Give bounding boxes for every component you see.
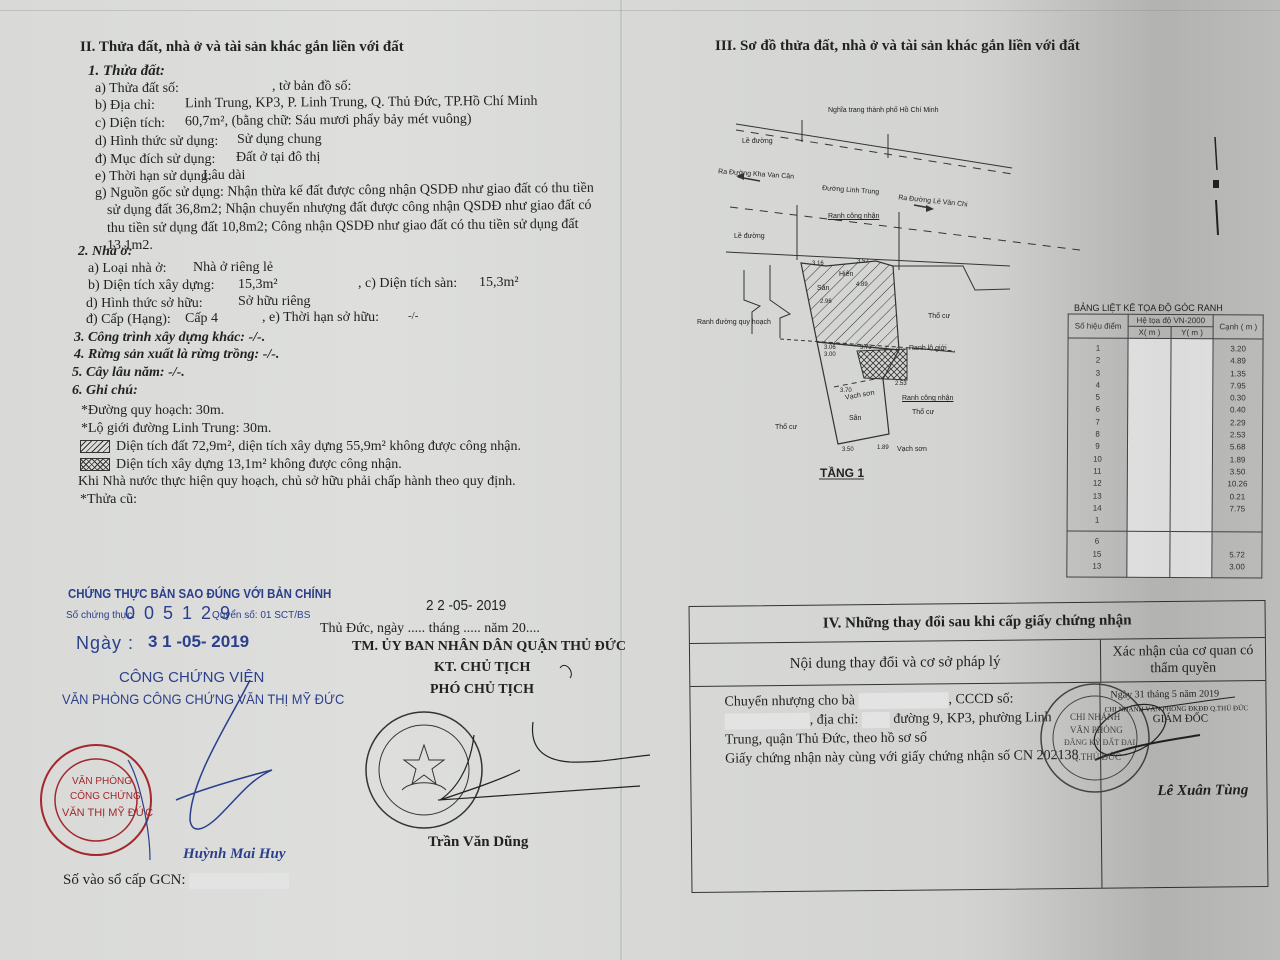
edge-length: 1.35 — [1216, 368, 1261, 381]
note-hatch-cross: Diện tích xây dựng 13,1m² không được côn… — [80, 456, 402, 474]
forest: 4. Rừng sản xuất là rừng trồng: -/-. — [74, 346, 279, 364]
point-number: 9 — [1070, 441, 1125, 454]
floor-area-value: 15,3m² — [479, 274, 519, 292]
col-content-header: Nội dung thay đổi và cơ sở pháp lý — [690, 640, 1101, 686]
build-area-label: b) Diện tích xây dựng: — [88, 277, 215, 295]
redacted-gcn-number — [189, 873, 289, 889]
authority-stamped-date: 2 2 -05- 2019 — [426, 597, 506, 615]
note-planned-road: *Đường quy hoạch: 30m. — [81, 402, 224, 420]
col-point-header: Số hiệu điểm — [1068, 314, 1128, 338]
label-planned-boundary: Ranh đường quy hoạch — [697, 314, 771, 332]
point-number: 1 — [1070, 515, 1125, 528]
y-values-redacted-2 — [1169, 532, 1212, 578]
label-residential-right-lower: Thổ cư — [912, 404, 934, 422]
confirm-signer: Lê Xuân Tùng — [1157, 781, 1248, 800]
perennial: 5. Cây lâu năm: -/-. — [72, 364, 185, 382]
edge-length: 2.29 — [1215, 417, 1260, 430]
notary-date: 3 1 -05- 2019 — [148, 633, 249, 651]
use-form-value: Sử dụng chung — [237, 131, 322, 149]
change-line1-b: , CCCD số: — [948, 692, 1013, 708]
edge-length: 5.68 — [1215, 442, 1260, 455]
dim-3-00: 3.00 — [824, 346, 836, 364]
col-edge-header: Cạnh ( m ) — [1213, 315, 1263, 339]
address-label: b) Địa chỉ: — [95, 97, 155, 115]
note-planning: Khi Nhà nước thực hiện quy hoạch, chủ sở… — [78, 473, 516, 491]
gcn-register-label: Số vào sổ cấp GCN: — [63, 871, 289, 889]
edge-length: 5.72 — [1215, 549, 1260, 562]
authority-org: TM. ỦY BAN NHÂN DÂN QUẬN THỦ ĐỨC — [352, 638, 626, 656]
note-hatch-cross-text: Diện tích xây dựng 13,1m² không được côn… — [116, 457, 402, 472]
point-number: 10 — [1070, 453, 1125, 466]
label-residential-left: Thổ cư — [775, 419, 797, 437]
y-values-redacted — [1170, 339, 1214, 533]
dim-2-96: 2.96 — [820, 293, 832, 311]
own-term-label: , e) Thời hạn sở hữu: — [262, 309, 379, 327]
area-value: 60,7m², (bằng chữ: Sáu mươi phẩy bảy mét… — [185, 111, 472, 131]
edge-length: 0.40 — [1215, 405, 1260, 418]
authority-place-date: Thủ Đức, ngày ..... tháng ..... năm 20..… — [320, 620, 540, 638]
section4-table: IV. Những thay đổi sau khi cấp giấy chứn… — [689, 600, 1269, 893]
use-form-label: d) Hình thức sử dụng: — [95, 133, 218, 151]
change-line1-a: Chuyển nhượng cho bà — [724, 693, 855, 709]
point-number: 8 — [1070, 429, 1125, 442]
edge-length — [1215, 537, 1260, 550]
label-street: Đường Linh Trung — [821, 180, 879, 202]
dim-4-89: 4.89 — [856, 276, 868, 294]
point-number: 1 — [1070, 343, 1125, 356]
term-value: Lâu dài — [203, 167, 245, 185]
redacted-name — [858, 692, 948, 709]
paper-top-edge — [0, 10, 1280, 11]
label-to-le-van-chi: Ra Đường Lê Văn Chi — [897, 189, 968, 214]
parcel-no-label: a) Thửa đất số: — [95, 80, 179, 98]
redacted-id — [725, 713, 810, 730]
col-system-header: Hệ tọa độ VN-2000 — [1128, 314, 1213, 326]
change-content: Chuyển nhượng cho bà , CCCD số: , địa ch… — [690, 683, 1102, 892]
notary-signer: Huỳnh Mai Huy — [183, 845, 286, 863]
point-number: 6 — [1070, 404, 1125, 417]
purpose-label: đ) Mục đích sử dụng: — [95, 151, 215, 169]
notary-book-no: Quyển số: 01 SCT/BS — [212, 607, 310, 625]
edge-length: 10.26 — [1215, 479, 1260, 492]
confirm-role: GIÁM ĐỐC — [1153, 710, 1208, 729]
note-old-parcel: *Thửa cũ: — [80, 491, 137, 509]
label-residential-right: Thổ cư — [928, 308, 950, 326]
edge-length: 3.00 — [1215, 561, 1260, 574]
dim-2-53: 2.53 — [895, 375, 907, 393]
authority-vice: PHÓ CHỦ TỊCH — [430, 681, 534, 699]
edge-length: 1.89 — [1215, 454, 1260, 467]
area-label: c) Diện tích: — [95, 115, 165, 133]
confirm-cell: Ngày 31 tháng 5 năm 2019 CHI NHÁNH VĂN P… — [1100, 681, 1267, 888]
grade-value: Cấp 4 — [185, 310, 218, 328]
dim-3-70: 3.70 — [840, 382, 852, 400]
label-yard-bottom: Sân — [849, 410, 861, 428]
point-number: 15 — [1069, 548, 1124, 561]
authority-signer: Trần Văn Dũng — [428, 833, 528, 851]
land-heading: 1. Thửa đất: — [88, 62, 165, 80]
point-number: 13 — [1070, 490, 1125, 503]
edge-length: 0.21 — [1215, 491, 1260, 504]
dim-3-73: 3.73 — [860, 339, 872, 357]
notary-date-label: Ngày : — [76, 634, 134, 652]
edge-list: 3.204.891.357.950.300.402.292.535.681.89… — [1212, 339, 1263, 533]
point-number: 11 — [1070, 465, 1125, 478]
label-floor: TẦNG 1 — [820, 464, 864, 482]
authority-kt: KT. CHỦ TỊCH — [434, 659, 530, 677]
label-cemetery: Nghĩa trang thành phố Hồ Chí Minh — [828, 102, 939, 120]
label-paint-line-bottom: Vạch sơn — [897, 441, 927, 459]
address-value: Linh Trung, KP3, P. Linh Trung, Q. Thủ Đ… — [185, 93, 538, 113]
edge-length — [1215, 515, 1260, 528]
house-type-value: Nhà ở riêng lẻ — [193, 259, 273, 277]
note-road-boundary: *Lộ giới đường Linh Trung: 30m. — [81, 420, 271, 438]
edge-length: 4.89 — [1216, 356, 1261, 369]
point-number: 2 — [1070, 355, 1125, 368]
coord-table: Số hiệu điểm Hệ tọa độ VN-2000 Cạnh ( m … — [1066, 313, 1263, 578]
redacted-house-no — [862, 712, 890, 728]
other-construction: 3. Công trình xây dựng khác: -/-. — [74, 329, 265, 347]
point-list-2: 61513 — [1067, 531, 1127, 577]
section2-title: II. Thửa đất, nhà ở và tài sản khác gắn … — [80, 38, 404, 56]
label-sidewalk-top: Lề đường — [742, 133, 773, 151]
point-number: 7 — [1070, 416, 1125, 429]
dim-3-16: 3.16 — [812, 255, 824, 273]
edge-length: 3.50 — [1215, 466, 1260, 479]
point-number: 3 — [1070, 367, 1125, 380]
notary-title: CHỨNG THỰC BẢN SAO ĐÚNG VỚI BẢN CHÍNH — [68, 585, 331, 603]
label-porch: Hiên — [839, 266, 853, 284]
x-values-redacted-2 — [1127, 532, 1170, 578]
floor-area-label: , c) Diện tích sàn: — [358, 275, 457, 293]
registry-seal-line-4: Q.THỦ ĐỨC — [1072, 748, 1121, 766]
point-number: 6 — [1069, 536, 1124, 549]
point-number: 13 — [1069, 561, 1124, 574]
label-to-kha-van-can: Ra Đường Kha Van Cân — [717, 163, 794, 186]
notary-office: VĂN PHÒNG CÔNG CHỨNG VĂN THỊ MỸ ĐỨC — [62, 690, 344, 708]
hatch-cross-icon — [80, 458, 110, 471]
edge-length: 2.53 — [1215, 429, 1260, 442]
edge-length: 7.95 — [1216, 380, 1261, 393]
col-y-header: Y( m ) — [1171, 327, 1214, 339]
point-number: 14 — [1070, 502, 1125, 515]
gcn-register-text: Số vào sổ cấp GCN: — [63, 872, 186, 888]
change-line2-a: , địa chỉ: — [810, 712, 859, 728]
house-type-label: a) Loại nhà ở: — [88, 260, 167, 278]
label-recognized-boundary-top: Ranh công nhận — [828, 208, 879, 226]
own-term-value: -/- — [408, 307, 418, 325]
dim-3-50: 3.50 — [842, 441, 854, 459]
note-hatch-diagonal: Diện tích đất 72,9m², diện tích xây dựng… — [80, 438, 521, 456]
purpose-value: Đất ở tại đô thị — [236, 149, 320, 167]
notary-seal-line-3: VĂN THỊ MỸ ĐỨC — [62, 804, 153, 822]
x-values-redacted — [1127, 338, 1171, 532]
dim-3-57: 3.57 — [857, 253, 869, 271]
edge-length: 0.30 — [1216, 392, 1261, 405]
point-number: 5 — [1070, 392, 1125, 405]
hatch-diagonal-icon — [80, 440, 110, 453]
origin-line-3: thu tiền sử dụng đất 10,8m2; Công nhận Q… — [107, 216, 579, 238]
label-sidewalk-front: Lề đường — [734, 228, 765, 246]
edge-length: 7.75 — [1215, 503, 1260, 516]
change-line4: Giấy chứng nhận này cùng với giấy chứng … — [725, 746, 1100, 769]
note-hatch-diagonal-text: Diện tích đất 72,9m², diện tích xây dựng… — [116, 439, 521, 454]
point-list: 12345678910111213141 — [1067, 338, 1128, 532]
grade-label: đ) Cấp (Hạng): — [86, 311, 171, 329]
col-confirm-header: Xác nhận của cơ quan có thẩm quyền — [1101, 638, 1265, 682]
build-area-value: 15,3m² — [238, 276, 278, 294]
point-number: 12 — [1070, 478, 1125, 491]
section3-title: III. Sơ đồ thửa đất, nhà ở và tài sản kh… — [715, 37, 1080, 55]
label-setback-boundary: Ranh lộ giới — [909, 340, 947, 358]
page-fold — [620, 0, 622, 960]
edge-list-2: 5.723.00 — [1212, 532, 1262, 578]
section4-title: IV. Những thay đổi sau khi cấp giấy chứn… — [690, 601, 1265, 644]
change-line2-b: đường 9, KP3, phường Linh — [893, 710, 1051, 727]
point-number: 4 — [1070, 379, 1125, 392]
notary-role: CÔNG CHỨNG VIÊN — [119, 669, 264, 687]
col-x-header: X( m ) — [1128, 326, 1171, 338]
house-heading: 2. Nhà ở: — [78, 243, 133, 261]
notes-heading: 6. Ghi chú: — [72, 382, 138, 400]
dim-1-89: 1.89 — [877, 439, 889, 457]
edge-length: 3.20 — [1216, 343, 1261, 356]
